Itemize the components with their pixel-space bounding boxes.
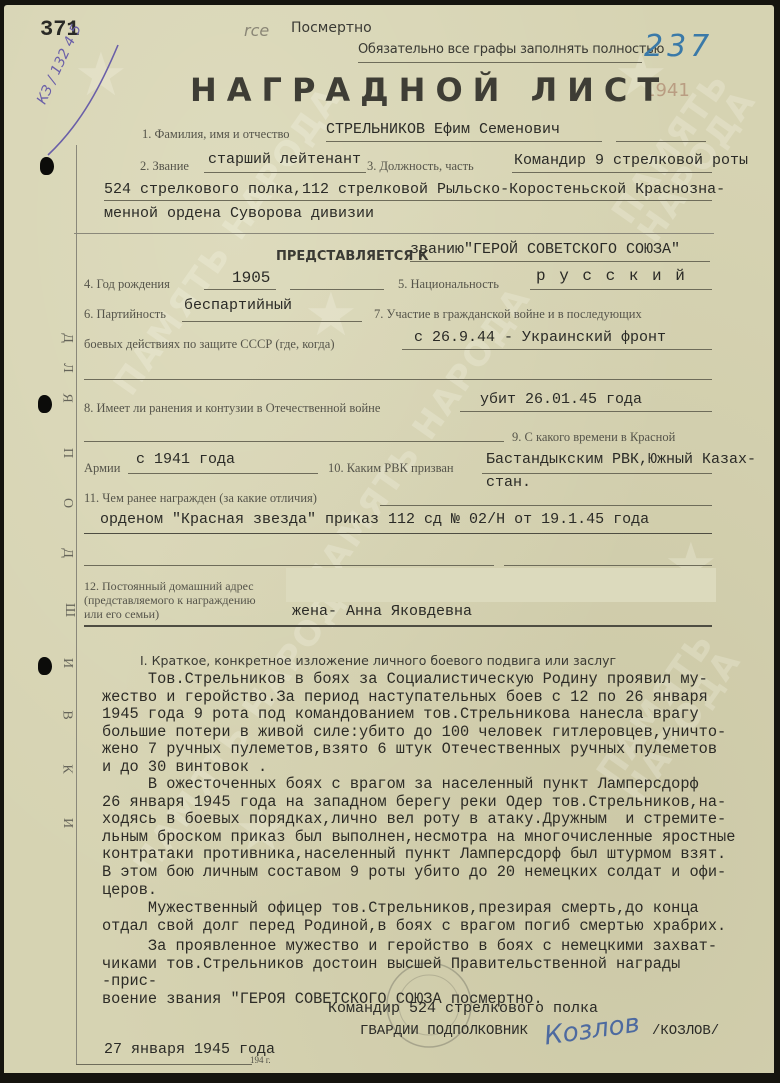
field-9-line [128,473,318,474]
field-1-label: 1. Фамилия, имя и отчество [142,127,290,142]
field-8-value: убит 26.01.45 года [480,391,642,408]
section-divider [74,233,714,234]
star-watermark-icon: ★ [304,285,358,345]
field-3-value-line3: менной ордена Суворова дивизии [104,205,374,222]
side-letter: О [59,498,75,508]
fill-instruction: Обязательно все графы заполнять полность… [358,42,664,57]
field-8-line-b [84,441,504,442]
field-6-line [182,321,362,322]
field-9-value: с 1941 года [136,451,235,468]
field-4-line [204,289,276,290]
presented-label: ПРЕДСТАВЛЯЕТСЯ К [276,249,429,264]
page-title: НАГРАДНОЙ ЛИСТ [190,71,669,109]
field-5-value: р у с с к и й [536,267,687,285]
side-letter: П [59,448,75,458]
field-7-line [402,349,712,350]
field-7-label: 7. Участие в гражданской войне и в после… [374,307,642,322]
award-sheet: ПАМЯТЬ НАРОДА ПАМЯТЬ НАРОДА ПАМЯТЬ НАРОД… [4,5,774,1073]
redacted-address [286,568,716,602]
field-6-label: 6. Партийность [84,307,166,322]
signer-position: Командир 524 стрелкового полка [328,1000,598,1017]
presented-line [410,261,710,262]
field-12-label: 12. Постоянный домашний адрес [84,579,254,594]
field-7-value: с 26.9.44 - Украинский фронт [414,329,666,346]
field-1-line-b [616,141,706,142]
field-10-value: Бастандыкским РВК,Южный Казах- [486,451,756,468]
side-letter: Д [59,333,75,343]
field-7-line-b [84,379,712,380]
field-9-label-b: Армии [84,461,120,476]
field-3-value-line2: 524 стрелкового полка,112 стрелковой Рыл… [104,181,725,198]
field-10-value-line2: стан. [486,474,531,491]
field-1-value: СТРЕЛЬНИКОВ Ефим Семенович [326,121,560,138]
case-number-handwritten: 237 [644,29,713,64]
narrative-paragraph-3: Мужественный офицер тов.Стрельников,през… [102,900,742,935]
field-3-line [512,172,712,173]
field-11-line-d [504,565,712,566]
binding-hole-icon [38,657,52,675]
presented-value: званию"ГЕРОЙ СОВЕТСКОГО СОЮЗА" [410,241,680,258]
side-letter: И [59,818,75,828]
margin-pen-stroke-icon [42,43,122,163]
side-letter: Я [59,393,75,402]
field-7-label-b: боевых действиях по защите СССР (где, ко… [84,337,335,352]
date-form-suffix: 194 г. [250,1055,271,1065]
instruction-underline [358,62,642,63]
side-letter: К [59,764,75,773]
field-4-line-b [290,289,384,290]
field-4-value: 1905 [232,269,270,287]
narrative-heading: I. Краткое, конкретное изложение личного… [140,653,616,668]
narrative-paragraph-2: В ожесточенных боях с врагом за населенн… [102,776,742,899]
date-line [76,1064,252,1065]
signer-rank: ГВАРДИИ ПОДПОЛКОВНИК [360,1023,528,1039]
field-11-value: орденом "Красная звезда" приказ 112 сд №… [100,511,649,528]
field-3-line2 [104,200,712,201]
field-5-line [530,289,712,290]
field-2-value: старший лейтенант [208,151,361,168]
field-3-label: 3. Должность, часть [367,159,474,174]
field-11-line-b [84,533,712,534]
field-2-label: 2. Звание [140,159,189,174]
field-9-label: 9. С какого времени в Красной [512,430,675,445]
handwritten-note-top: rce [244,21,269,40]
field-10-label: 10. Каким РВК призван [328,461,454,476]
field-12-line [84,625,712,627]
posthumous-label: Посмертно [291,20,372,36]
side-letter: Ш [61,603,77,617]
binding-hole-icon [38,395,52,413]
side-letter: И [59,658,75,668]
side-letter: Д [59,548,75,558]
field-3-value: Командир 9 стрелковой роты [514,152,748,169]
field-11-line [380,505,712,506]
field-8-line [460,411,712,412]
field-6-value: беспартийный [184,297,292,314]
field-11-label: 11. Чем ранее награжден (за какие отличи… [84,491,317,506]
field-1-line [326,141,602,142]
side-letter: В [59,710,75,719]
narrative-paragraph-1: Тов.Стрельников в боях за Социалистическ… [102,671,742,777]
field-11-line-c [84,565,494,566]
field-12-value: жена- Анна Яковдевна [292,603,472,620]
field-12-label-c: или его семьи) [84,607,159,622]
field-2-line [204,172,366,173]
field-4-label: 4. Год рождения [84,277,170,292]
side-letter: Л [59,363,75,373]
field-8-label: 8. Имеет ли ранения и контузии в Отечест… [84,401,380,416]
field-5-label: 5. Национальность [398,277,499,292]
signer-name: /КОЗЛОВ/ [652,1023,719,1039]
field-12-label-b: (представляемого к награждению [84,593,256,608]
